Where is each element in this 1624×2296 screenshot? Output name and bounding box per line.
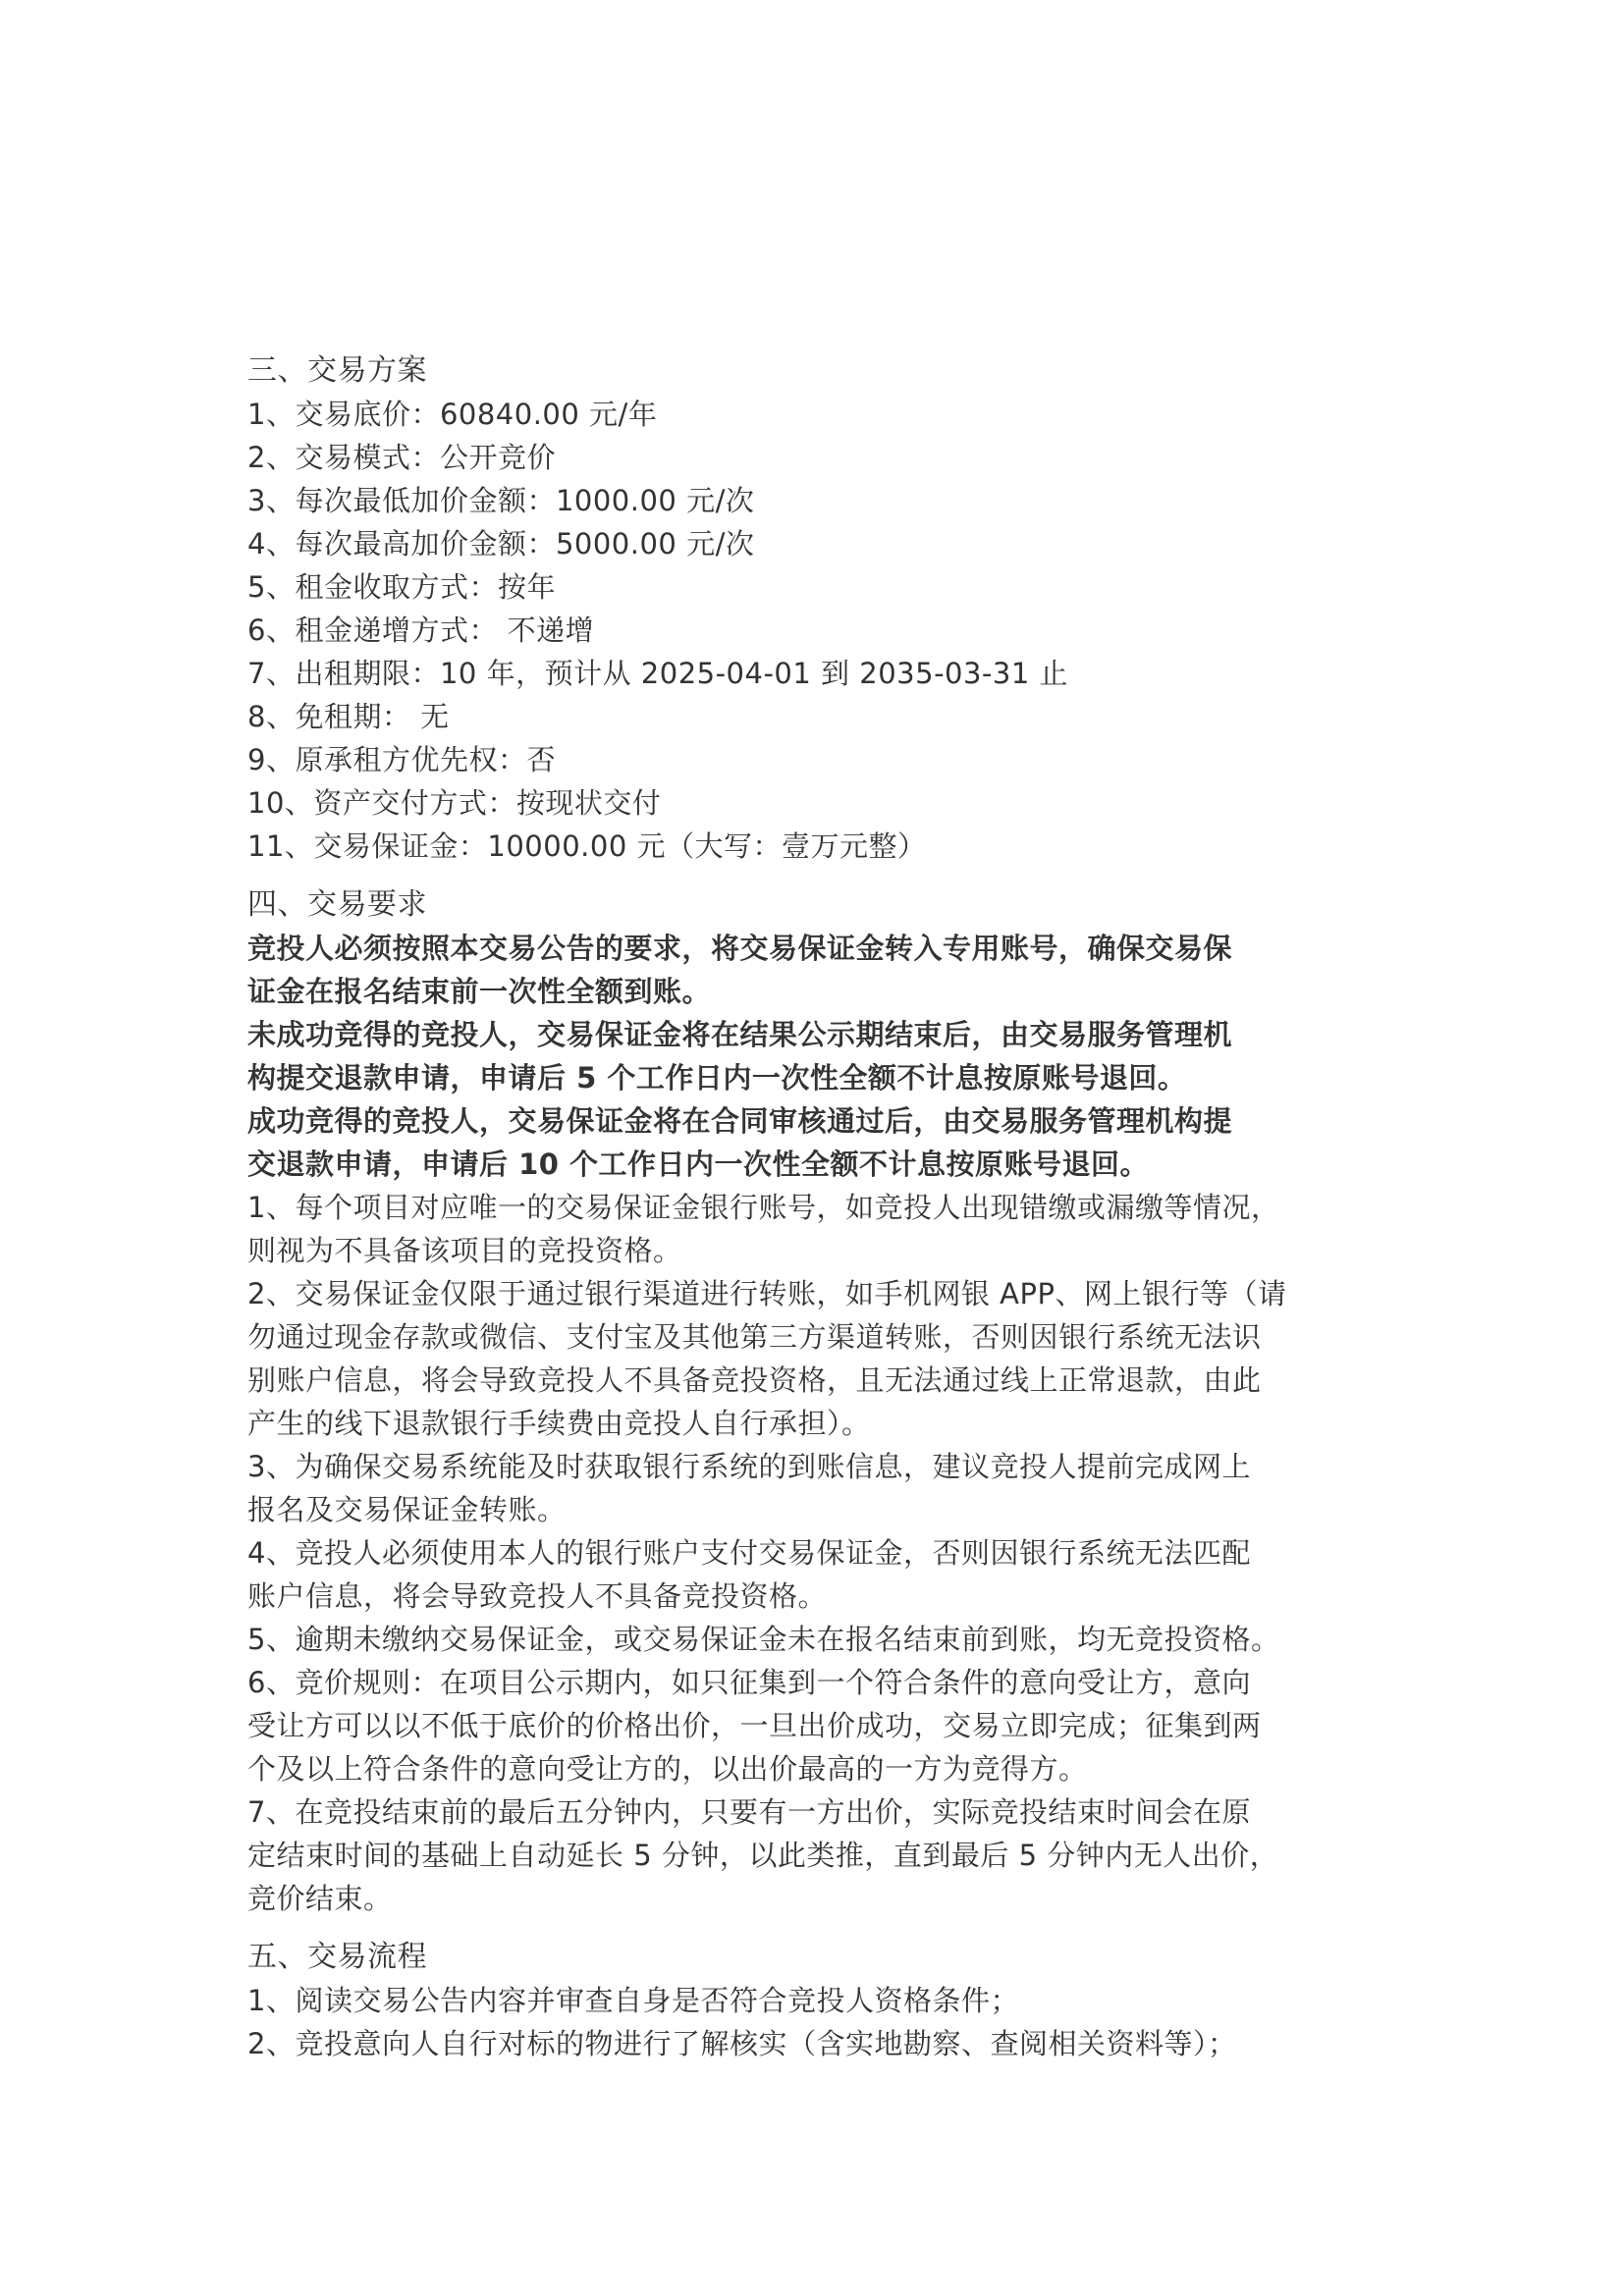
plan-item-lease-term: 7、出租期限：10 年，预计从 2025-04-01 到 2035-03-31 …	[247, 652, 1068, 695]
plan-item-max-increment: 4、每次最高加价金额：5000.00 元/次	[247, 522, 754, 565]
requirement-bold-line: 构提交退款申请，申请后 5 个工作日内一次性全额不计息按原账号退回。	[247, 1056, 1186, 1099]
requirement-bold-line: 竞投人必须按照本交易公告的要求，将交易保证金转入专用账号，确保交易保	[247, 927, 1232, 970]
section-heading-requirements: 四、交易要求	[247, 883, 427, 927]
requirement-line: 2、交易保证金仅限于通过银行渠道进行转账，如手机网银 APP、网上银行等（请	[247, 1272, 1286, 1315]
plan-item-rent-increase: 6、租金递增方式： 不递增	[247, 609, 594, 652]
requirement-line: 4、竞投人必须使用本人的银行账户支付交易保证金，否则因银行系统无法匹配	[247, 1531, 1251, 1575]
requirement-line: 7、在竞投结束前的最后五分钟内，只要有一方出价，实际竞投结束时间会在原	[247, 1790, 1251, 1834]
requirement-bold-line: 未成功竞得的竞投人，交易保证金将在结果公示期结束后，由交易服务管理机	[247, 1013, 1232, 1056]
requirement-line: 则视为不具备该项目的竞投资格。	[247, 1229, 682, 1272]
requirement-line: 1、每个项目对应唯一的交易保证金银行账号，如竞投人出现错缴或漏缴等情况，	[247, 1186, 1279, 1229]
requirement-line: 定结束时间的基础上自动延长 5 分钟，以此类推，直到最后 5 分钟内无人出价，	[247, 1834, 1278, 1877]
requirement-line: 6、竞价规则：在项目公示期内，如只征集到一个符合条件的意向受让方，意向	[247, 1661, 1251, 1704]
requirement-line: 个及以上符合条件的意向受让方的，以出价最高的一方为竞得方。	[247, 1747, 1088, 1790]
section-heading-process: 五、交易流程	[247, 1936, 427, 1979]
document-page: 三、交易方案 1、交易底价：60840.00 元/年 2、交易模式：公开竞价 3…	[0, 0, 1624, 2296]
plan-item-priority: 9、原承租方优先权：否	[247, 738, 556, 781]
section-heading-trading-plan: 三、交易方案	[247, 349, 427, 393]
requirement-bold-line: 成功竞得的竞投人，交易保证金将在合同审核通过后，由交易服务管理机构提	[247, 1099, 1232, 1143]
requirement-line: 报名及交易保证金转账。	[247, 1488, 567, 1531]
requirement-line: 账户信息，将会导致竞投人不具备竞投资格。	[247, 1575, 827, 1618]
requirement-line: 产生的线下退款银行手续费由竞投人自行承担）。	[247, 1402, 871, 1445]
requirement-line: 受让方可以以不低于底价的价格出价，一旦出价成功，交易立即完成；征集到两	[247, 1704, 1262, 1747]
plan-item-base-price: 1、交易底价：60840.00 元/年	[247, 393, 657, 436]
requirement-line: 竞价结束。	[247, 1877, 393, 1920]
requirement-line: 勿通过现金存款或微信、支付宝及其他第三方渠道转账，否则因银行系统无法识	[247, 1315, 1262, 1359]
plan-item-deposit: 11、交易保证金：10000.00 元（大写：壹万元整）	[247, 825, 927, 868]
plan-item-trading-mode: 2、交易模式：公开竞价	[247, 436, 556, 479]
plan-item-rent-free: 8、免租期： 无	[247, 695, 450, 738]
requirement-bold-line: 交退款申请，申请后 10 个工作日内一次性全额不计息按原账号退回。	[247, 1143, 1149, 1186]
requirement-bold-line: 证金在报名结束前一次性全额到账。	[247, 970, 711, 1013]
requirement-line: 别账户信息，将会导致竞投人不具备竞投资格，且无法通过线上正常退款，由此	[247, 1359, 1262, 1402]
plan-item-rent-collection: 5、租金收取方式：按年	[247, 565, 556, 609]
plan-item-min-increment: 3、每次最低加价金额：1000.00 元/次	[247, 479, 754, 522]
requirement-line: 5、逾期未缴纳交易保证金，或交易保证金未在报名结束前到账，均无竞投资格。	[247, 1618, 1279, 1661]
requirement-line: 3、为确保交易系统能及时获取银行系统的到账信息，建议竞投人提前完成网上	[247, 1445, 1251, 1488]
process-step: 1、阅读交易公告内容并审查自身是否符合竞投人资格条件；	[247, 1979, 1019, 2022]
plan-item-delivery: 10、资产交付方式：按现状交付	[247, 781, 661, 825]
process-step: 2、竞投意向人自行对标的物进行了解核实（含实地勘察、查阅相关资料等）；	[247, 2022, 1236, 2065]
